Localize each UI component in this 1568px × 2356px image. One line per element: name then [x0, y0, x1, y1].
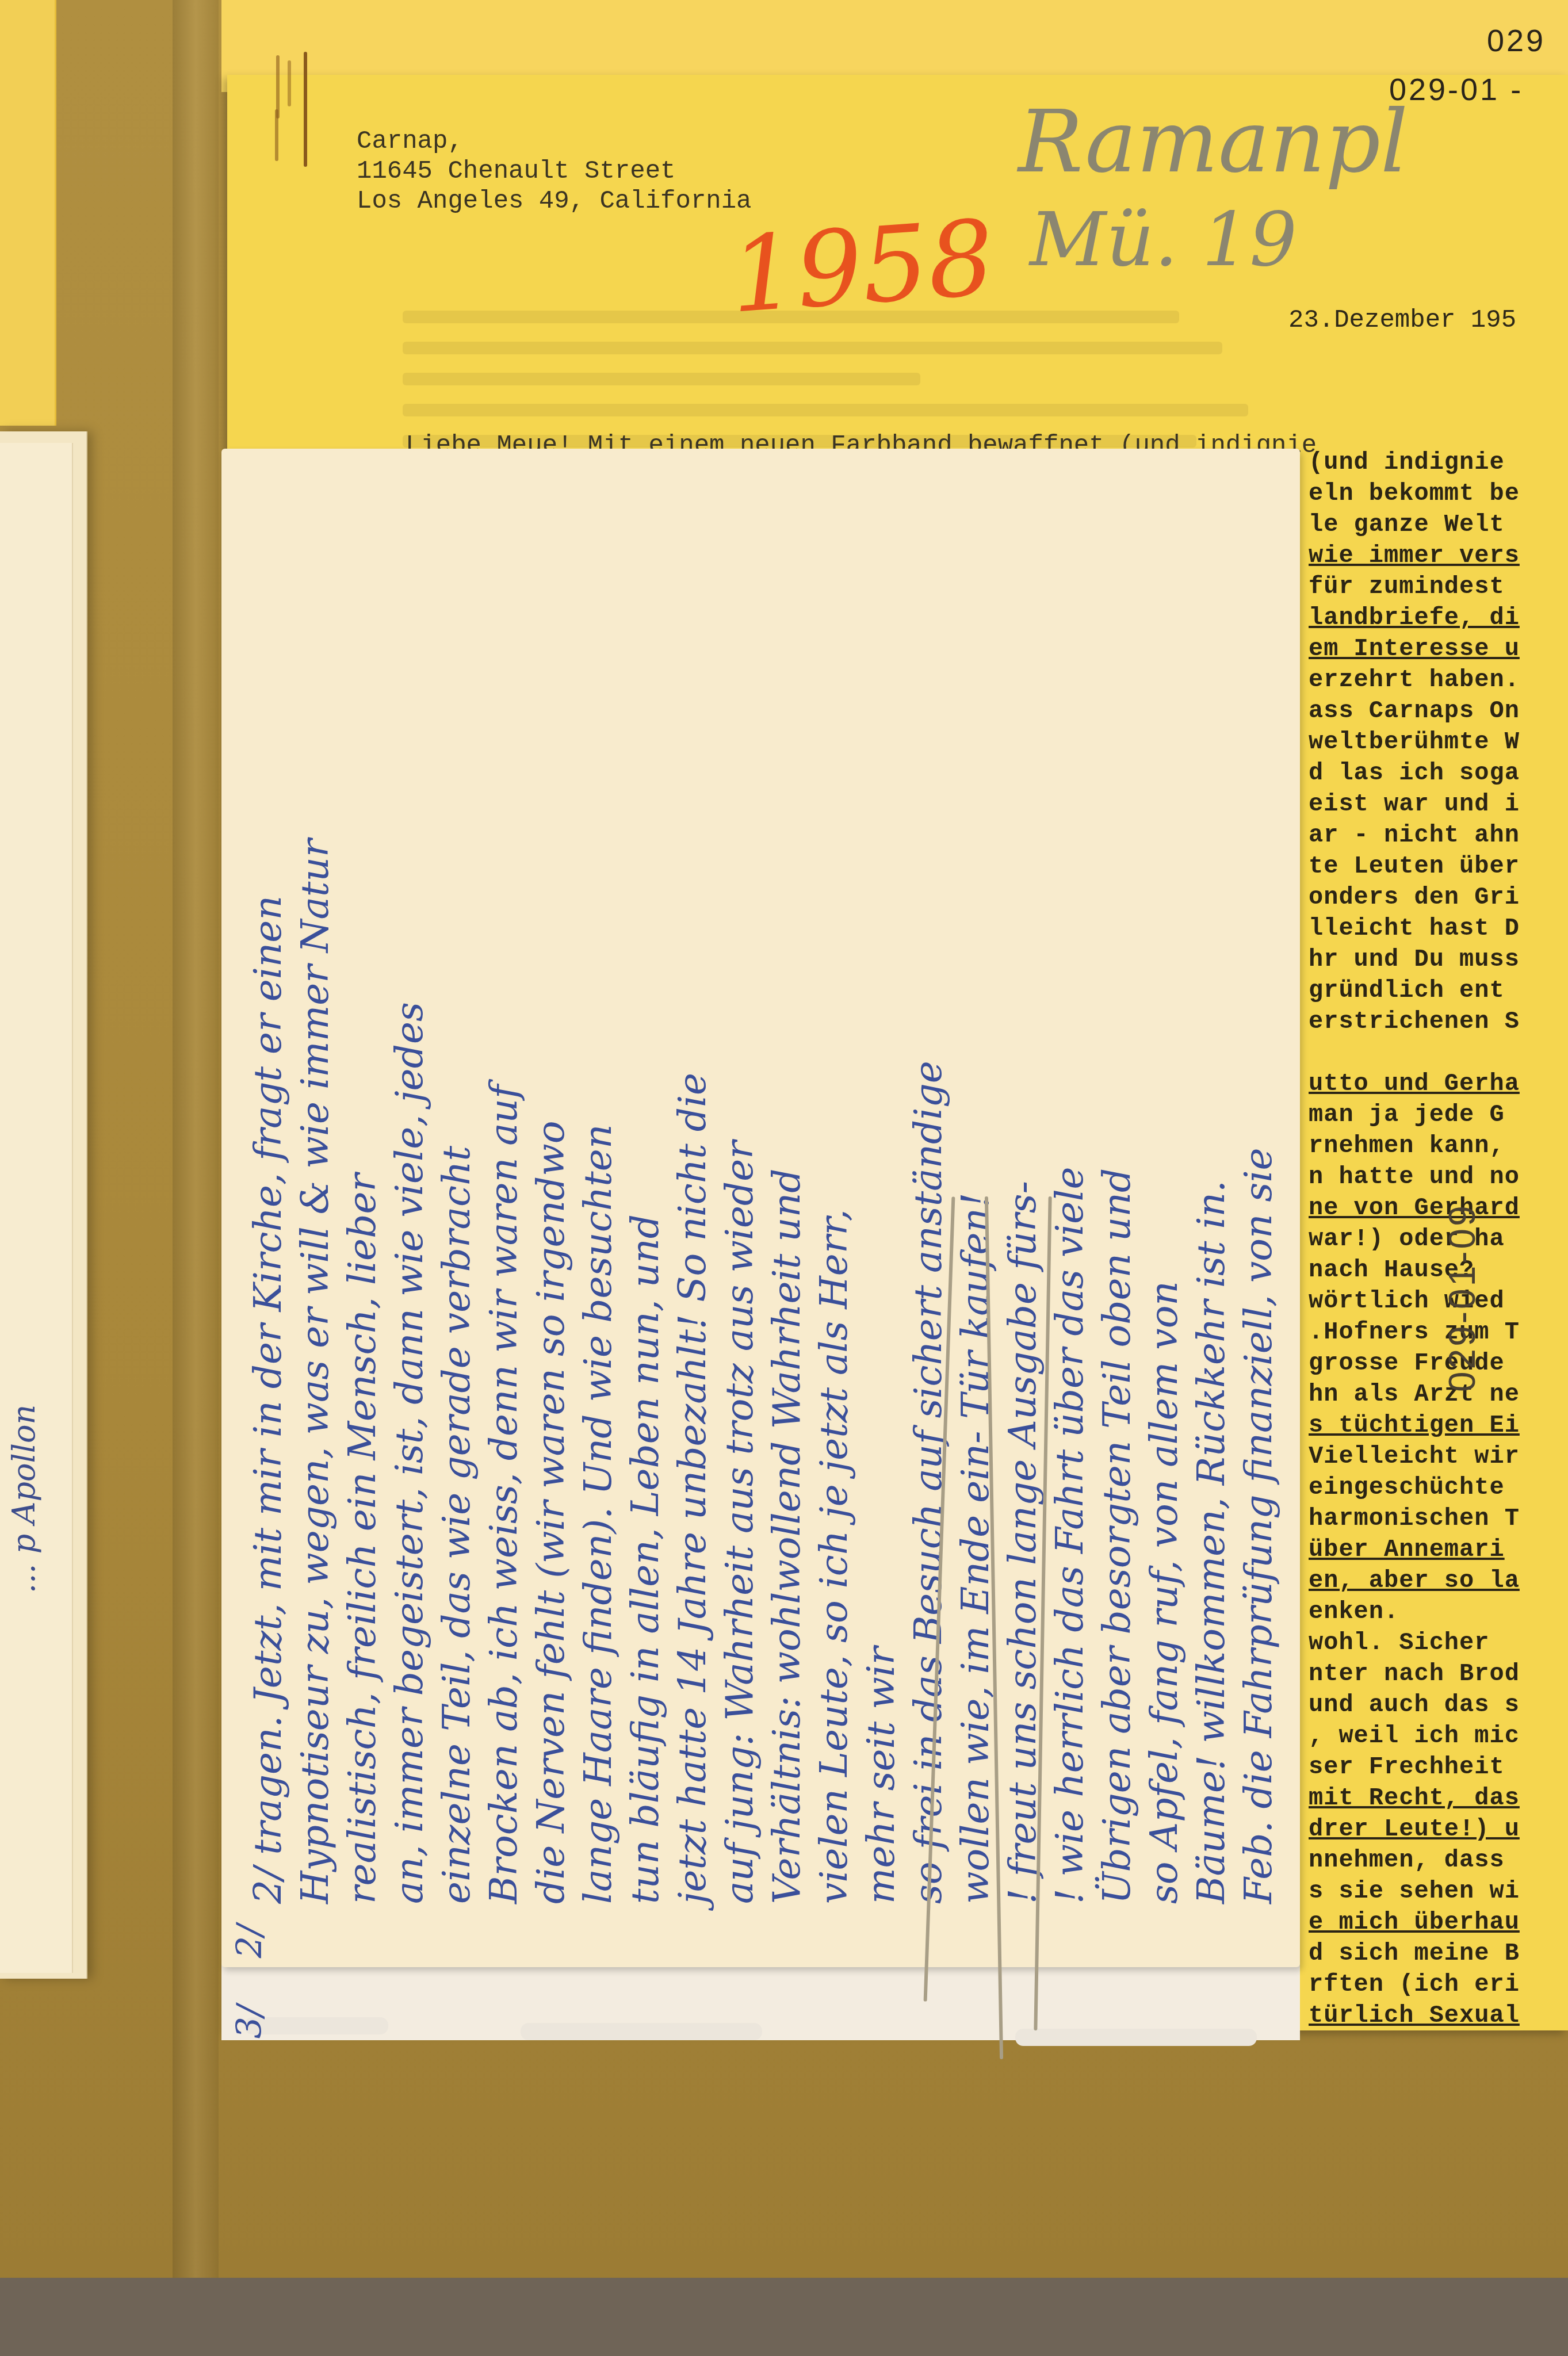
typed-line: en, aber so la	[1309, 1565, 1568, 1596]
typed-line: und auch das s	[1309, 1689, 1568, 1720]
handwritten-line: jetzt hatte 14 Jahre unbezahlt! So nicht…	[669, 483, 716, 1956]
handwritten-line: 2/ tragen. Jetzt, mit mir in der Kirche,…	[244, 483, 292, 1956]
left-card-handwriting: ... p Apollon	[6, 1405, 42, 1593]
handwritten-line: auf jung: Wahrheit aus trotz aus wieder	[716, 483, 763, 1956]
typed-line: Vielleicht wir	[1309, 1441, 1568, 1472]
typed-line: , weil ich mic	[1309, 1720, 1568, 1751]
typed-line: erzehrt haben.	[1309, 664, 1568, 695]
handwritten-line: so Apfel, fang ruf, von allem von	[1141, 483, 1188, 1956]
handwritten-line: ! wie herrlich das Fahrt über das viele	[1046, 483, 1093, 1956]
typed-line: te Leuten über	[1309, 851, 1568, 882]
handwritten-line: Feb. die Fahrprüfung finanziell, von sie	[1235, 483, 1282, 1956]
handwritten-line: Übrigen aber besorgten Teil oben und	[1093, 483, 1141, 1956]
typed-line: s sie sehen wi	[1309, 1876, 1568, 1907]
typed-line: s tüchtigen Ei	[1309, 1410, 1568, 1441]
typed-line: mit Recht, das	[1309, 1783, 1568, 1814]
handwritten-line: lange Haare finden). Und wie besuchten	[575, 483, 622, 1956]
handwritten-line: vielen Leute, so ich je jetzt als Herr,	[810, 483, 858, 1956]
typed-line: harmonischen T	[1309, 1503, 1568, 1534]
handwritten-card-archive-code: 029-01-09	[1441, 1203, 1483, 1392]
typed-line: war!) oder ha	[1309, 1223, 1568, 1255]
handwritten-line: die Nerven fehlt (wir waren so irgendwo	[527, 483, 575, 1956]
folder-crease	[173, 0, 219, 2278]
typed-line: nnehmen, dass	[1309, 1845, 1568, 1876]
glue-residue	[521, 2023, 762, 2040]
typed-line: enken.	[1309, 1596, 1568, 1627]
typed-line: türlich Sexual	[1309, 2000, 1568, 2031]
handwritten-card: 2/ tragen. Jetzt, mit mir in der Kirche,…	[221, 449, 1300, 1967]
typed-line: hn als Arzt ne	[1309, 1379, 1568, 1410]
handwritten-line: mehr seit wir	[858, 483, 905, 1956]
typed-line: drer Leute!) u	[1309, 1814, 1568, 1845]
page-marker-3: 3/	[230, 2005, 270, 2038]
typed-line: erstrichenen S	[1309, 1006, 1568, 1037]
typed-line: nter nach Brod	[1309, 1658, 1568, 1689]
typed-line: rnehmen kann,	[1309, 1130, 1568, 1161]
handwritten-line: Bäume! willkommen, Rückkehr ist in.	[1188, 483, 1235, 1956]
typed-line: ne von Gerhard	[1309, 1192, 1568, 1223]
left-yellow-sheet-edge	[0, 0, 56, 426]
letterhead: Carnap,11645 Chenault StreetLos Angeles …	[357, 127, 752, 216]
typed-line: lleicht hast D	[1309, 913, 1568, 944]
typed-line: (und indignie	[1309, 447, 1568, 478]
typed-line: wohl. Sicher	[1309, 1627, 1568, 1658]
typed-letter-archive-number: 029-01 -	[1389, 72, 1523, 108]
typed-line: ar - nicht ahn	[1309, 820, 1568, 851]
handwritten-line: Hypnotiseur zu, wegen, was er will & wie…	[292, 483, 339, 1956]
letter-date: 23.Dezember 195	[1288, 306, 1516, 335]
typed-line: grosse Freude	[1309, 1348, 1568, 1379]
handwritten-line: Verhältnis: wohlwollend Wahrheit und	[763, 483, 810, 1956]
typed-line: über Annemari	[1309, 1534, 1568, 1565]
pencil-annotation-number: Mü. 19	[1030, 196, 1297, 283]
typed-line	[1309, 1037, 1568, 1068]
typed-line: e mich überhau	[1309, 1907, 1568, 1938]
typed-line: em Interesse u	[1309, 633, 1568, 664]
letterhead-street: 11645 Chenault Street	[357, 156, 752, 186]
typed-line: man ja jede G	[1309, 1099, 1568, 1130]
typed-line: weltberühmte W	[1309, 726, 1568, 758]
rust-staple-mark	[276, 55, 280, 118]
rust-staple-mark	[304, 52, 307, 167]
top-sheet-archive-number: 029	[1487, 23, 1546, 59]
typed-line: utto und Gerha	[1309, 1068, 1568, 1099]
typed-line: landbriefe, di	[1309, 602, 1568, 633]
handwritten-line: realistisch, freilich ein Mensch, lieber	[339, 483, 386, 1956]
handwritten-line: so frei in das Besuch auf sichert anstän…	[905, 483, 952, 1956]
typed-line: le ganze Welt	[1309, 509, 1568, 540]
rust-staple-mark	[288, 60, 291, 106]
typed-line: ass Carnaps On	[1309, 695, 1568, 726]
typed-line: d las ich soga	[1309, 758, 1568, 789]
handwritten-line: tun bläufig in allen, Leben nun, und	[622, 483, 669, 1956]
typed-line: hr und Du muss	[1309, 944, 1568, 975]
left-handwritten-card-partial: ... p Apollon	[0, 443, 73, 1973]
typed-line: eist war und i	[1309, 789, 1568, 820]
typed-line: d sich meine B	[1309, 1938, 1568, 1969]
typed-line: eingeschüchte	[1309, 1472, 1568, 1503]
typed-letter-visible-column: (und indignieeln bekommt bele ganze Welt…	[1309, 447, 1568, 2031]
typed-line: für zumindest	[1309, 571, 1568, 602]
handwritten-text-block: 2/ tragen. Jetzt, mit mir in der Kirche,…	[244, 483, 1314, 1956]
handwritten-line: Brocken ab, ich weiss, denn wir waren au…	[480, 483, 527, 1956]
handwritten-line: wollen wie, im Ende ein- Tür kaufen!	[952, 483, 999, 1956]
typed-line: .Hofners zum T	[1309, 1317, 1568, 1348]
letterhead-name: Carnap,	[357, 127, 752, 156]
handwritten-line: einzelne Teil, das wie gerade verbracht	[433, 483, 480, 1956]
table-surface	[0, 2278, 1568, 2356]
handwritten-line: an, immer begeistert, ist, dann wie viel…	[386, 483, 433, 1956]
typed-line: wörtlich wied	[1309, 1286, 1568, 1317]
typed-line: gründlich ent	[1309, 975, 1568, 1006]
letterhead-city: Los Angeles 49, California	[357, 186, 752, 216]
typed-line: rften (ich eri	[1309, 1969, 1568, 2000]
typed-line: ser Frechheit	[1309, 1751, 1568, 1783]
typed-line: nach Hause?	[1309, 1255, 1568, 1286]
typed-line: eln bekommt be	[1309, 478, 1568, 509]
glue-residue	[1015, 2029, 1257, 2046]
typed-line: wie immer vers	[1309, 540, 1568, 571]
pencil-annotation-name: Ramanpl	[1018, 92, 1408, 192]
typed-line: onders den Gri	[1309, 882, 1568, 913]
typed-line: n hatte und no	[1309, 1161, 1568, 1192]
page-marker-2: 2/	[230, 1925, 270, 1958]
